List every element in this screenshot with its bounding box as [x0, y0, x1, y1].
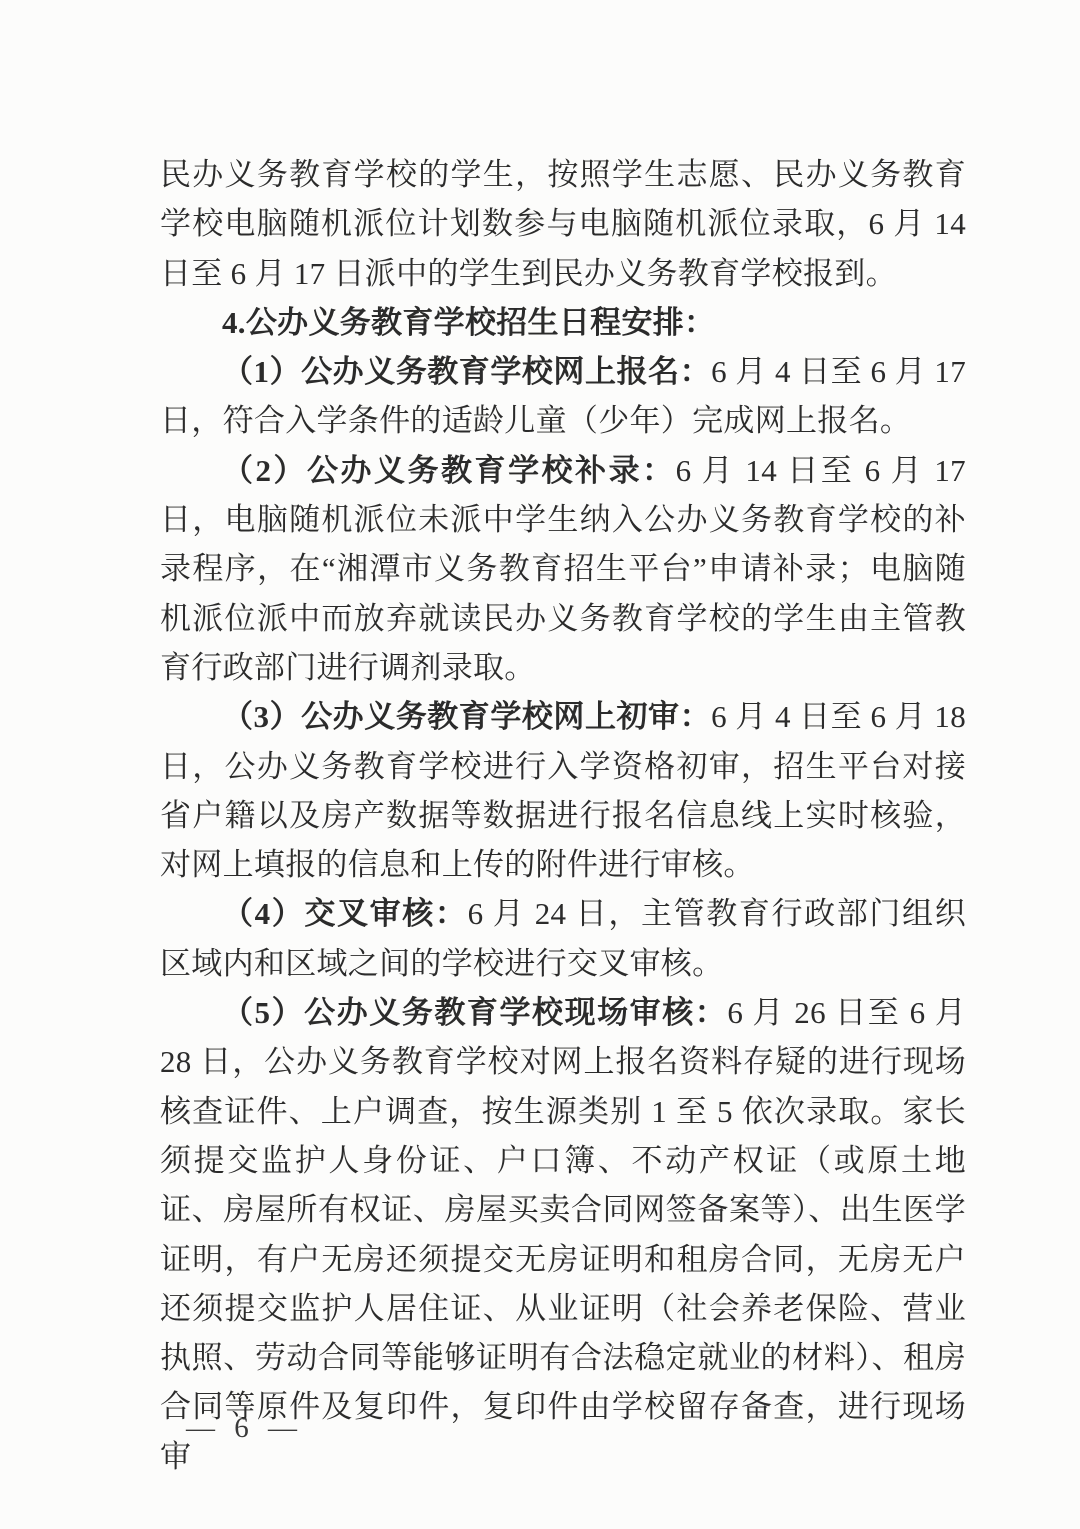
paragraph-lead: （5）公办义务教育学校现场审核： [222, 995, 727, 1030]
paragraph-item-2: （2）公办义务教育学校补录：6 月 14 日至 6 月 17 日，电脑随机派位未… [160, 446, 966, 692]
document-page: 民办义务教育学校的学生，按照学生志愿、民办义务教育学校电脑随机派位计划数参与电脑… [0, 0, 1080, 1529]
paragraph-text: 民办义务教育学校的学生，按照学生志愿、民办义务教育学校电脑随机派位计划数参与电脑… [160, 157, 966, 291]
paragraph-lead: （1）公办义务教育学校网上报名： [222, 354, 711, 389]
paragraph-item-4: （4）交叉审核：6 月 24 日，主管教育行政部门组织区域内和区域之间的学校进行… [160, 889, 966, 988]
paragraph-lead: （4）交叉审核： [222, 896, 468, 931]
paragraph-item-1: （1）公办义务教育学校网上报名：6 月 4 日至 6 月 17 日，符合入学条件… [160, 347, 966, 446]
paragraph-text: 6 月 26 日至 6 月 28 日，公办义务教育学校对网上报名资料存疑的进行现… [160, 995, 966, 1474]
heading-lead: 4.公办义务教育学校招生日程安排： [222, 305, 715, 340]
paragraph-lead: （2）公办义务教育学校补录： [222, 453, 676, 488]
page-number: — 6 — [186, 1412, 303, 1445]
heading-item-4: 4.公办义务教育学校招生日程安排： [160, 298, 966, 347]
document-body: 民办义务教育学校的学生，按照学生志愿、民办义务教育学校电脑随机派位计划数参与电脑… [160, 150, 966, 1481]
paragraph-item-5: （5）公办义务教育学校现场审核：6 月 26 日至 6 月 28 日，公办义务教… [160, 988, 966, 1481]
paragraph-lead: （3）公办义务教育学校网上初审： [222, 699, 711, 734]
paragraph-item-3: （3）公办义务教育学校网上初审：6 月 4 日至 6 月 18 日，公办义务教育… [160, 692, 966, 889]
paragraph-continuation: 民办义务教育学校的学生，按照学生志愿、民办义务教育学校电脑随机派位计划数参与电脑… [160, 150, 966, 298]
